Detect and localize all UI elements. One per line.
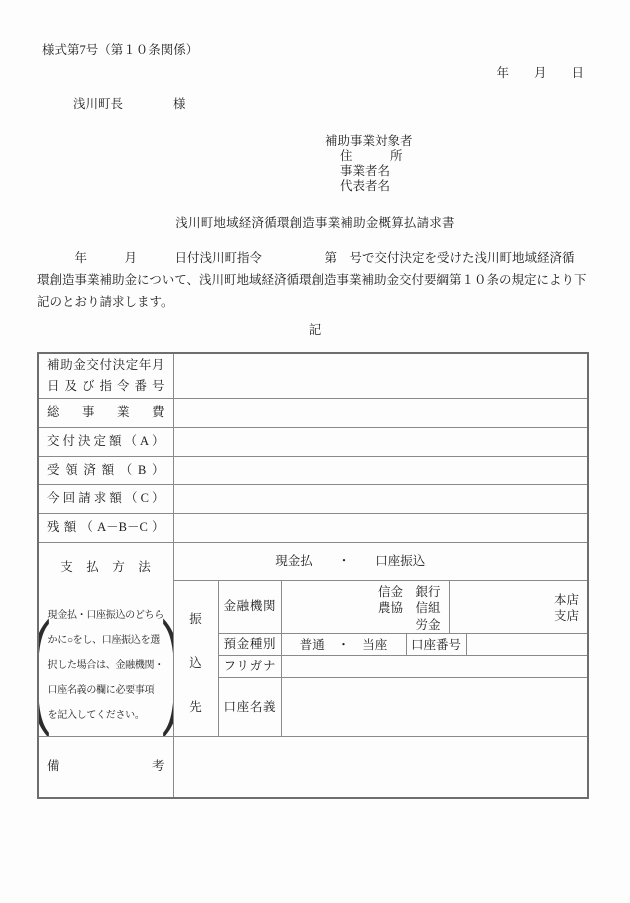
payment-method-options-cell: 現金払 ・ 口座振込 [173,542,588,580]
note-line-5: を記入してください。 [48,703,164,728]
bank-type-line-2: 農協 信組 [282,600,441,617]
decided-amount-value-cell[interactable] [173,427,588,456]
decided-amount-label-cell: 交付決定額（A） [38,427,173,456]
document-title: 浅川町地域経済循環創造事業補助金概算払請求書 [0,215,630,231]
paragraph-line-3: 記のとおり請求します。 [37,291,593,313]
branch-line-1: 本店 [450,592,580,609]
received-amount-value-cell[interactable] [173,456,588,484]
date-line: 年 月 日 [0,65,630,81]
bank-type-line-3: 労金 [282,617,441,634]
paragraph-line-1: 年 月 日付浅川町指令 第 号で交付決定を受けた浅川町地域経済循 [37,247,593,269]
note-line-3: 択した場合は、金融機関・ [48,653,164,678]
grant-decision-label-cell: 補助金交付決定年月 日及び指令番号 [38,353,173,398]
open-paren-decoration: ( [38,601,43,731]
remarks-value-cell[interactable] [173,737,588,798]
furigana-label-cell: フリガナ [218,656,281,678]
remarks-label: 備考 [47,756,165,777]
bank-type-line-1: 信金 銀行 [282,584,441,601]
balance-label: 残額（A－B－C） [47,517,165,538]
decided-amount-label: 交付決定額（A） [47,431,165,452]
received-amount-label-cell: 受領済額（B） [38,456,173,484]
branch-line-2: 支店 [450,608,580,625]
bank-type-options-cell: 信金 銀行 農協 信組 労金 [281,580,449,634]
total-cost-value-cell[interactable] [173,398,588,427]
payment-method-label: 支 払 方 法 [39,548,173,586]
grant-decision-value-cell[interactable] [173,353,588,398]
form-page: 様式第7号（第１０条関係） 年 月 日 浅川町長 様 補助事業対象者 住 所 事… [0,0,630,903]
remarks-label-cell: 備考 [38,737,173,798]
deposit-type-label-cell: 預金種別 [218,634,281,656]
transfer-char-1: 振 [189,611,202,627]
balance-label-cell: 残額（A－B－C） [38,513,173,542]
payment-note: ( 現金払・口座振込のどちら かに○をし、口座振込を選 択した場合は、金融機関・… [39,601,173,731]
payment-note-text: 現金払・口座振込のどちら かに○をし、口座振込を選 択した場合は、金融機関・ 口… [48,603,164,728]
requested-amount-label: 今回請求額（C） [47,488,165,509]
account-name-label-cell: 口座名義 [218,678,281,737]
record-mark: 記 [0,322,630,338]
account-name-label: 口座名義 [224,697,276,718]
form-number: 様式第7号（第１０条関係） [0,0,630,58]
received-amount-label: 受領済額（B） [47,460,165,481]
transfer-char-3: 先 [189,699,202,715]
bank-label-cell: 金融機関 [218,580,281,634]
branch-options-cell: 本店 支店 [449,580,588,634]
total-cost-label: 総事業費 [47,402,165,423]
account-number-label-cell: 口座番号 [406,634,466,656]
furigana-label: フリガナ [224,656,276,677]
transfer-destination-cell: 振 込 先 [173,580,218,737]
note-line-2: かに○をし、口座振込を選 [48,628,164,653]
note-line-1: 現金払・口座振込のどちら [48,603,164,628]
representative-label: 代表者名 [325,179,630,194]
applicant-block: 補助事業対象者 住 所 事業者名 代表者名 [325,134,630,194]
applicant-heading: 補助事業対象者 [325,134,630,149]
grant-decision-label-line2: 日及び指令番号 [47,376,165,397]
payment-method-label-cell: 支 払 方 法 ( 現金払・口座振込のどちら かに○をし、口座振込を選 択した場… [38,542,173,737]
address-label: 住 所 [325,149,630,164]
bank-label: 金融機関 [224,596,276,617]
total-cost-label-cell: 総事業費 [38,398,173,427]
deposit-type-label: 預金種別 [224,634,276,655]
transfer-char-2: 込 [189,655,202,671]
requested-amount-label-cell: 今回請求額（C） [38,484,173,513]
close-paren-decoration: ) [169,601,173,731]
note-line-4: 口座名義の欄に必要事項 [48,678,164,703]
request-table: 補助金交付決定年月 日及び指令番号 総事業費 交付決定額（A） 受領済額（B） [37,352,589,799]
business-name-label: 事業者名 [325,164,630,179]
requested-amount-value-cell[interactable] [173,484,588,513]
transfer-destination-vertical-label: 振 込 先 [174,601,218,715]
grant-decision-label-line1: 補助金交付決定年月 [47,355,165,376]
body-paragraph: 年 月 日付浅川町指令 第 号で交付決定を受けた浅川町地域経済循 環創造事業補助… [37,247,593,313]
addressee: 浅川町長 様 [0,96,630,112]
furigana-value-cell[interactable] [281,656,588,678]
balance-value-cell[interactable] [173,513,588,542]
account-name-value-cell[interactable] [281,678,588,737]
account-number-value-cell[interactable] [466,634,588,656]
deposit-type-options-cell: 普通 ・ 当座 [281,634,406,656]
paragraph-line-2: 環創造事業補助金について、浅川町地域経済循環創造事業補助金交付要綱第１０条の規定… [37,269,593,291]
